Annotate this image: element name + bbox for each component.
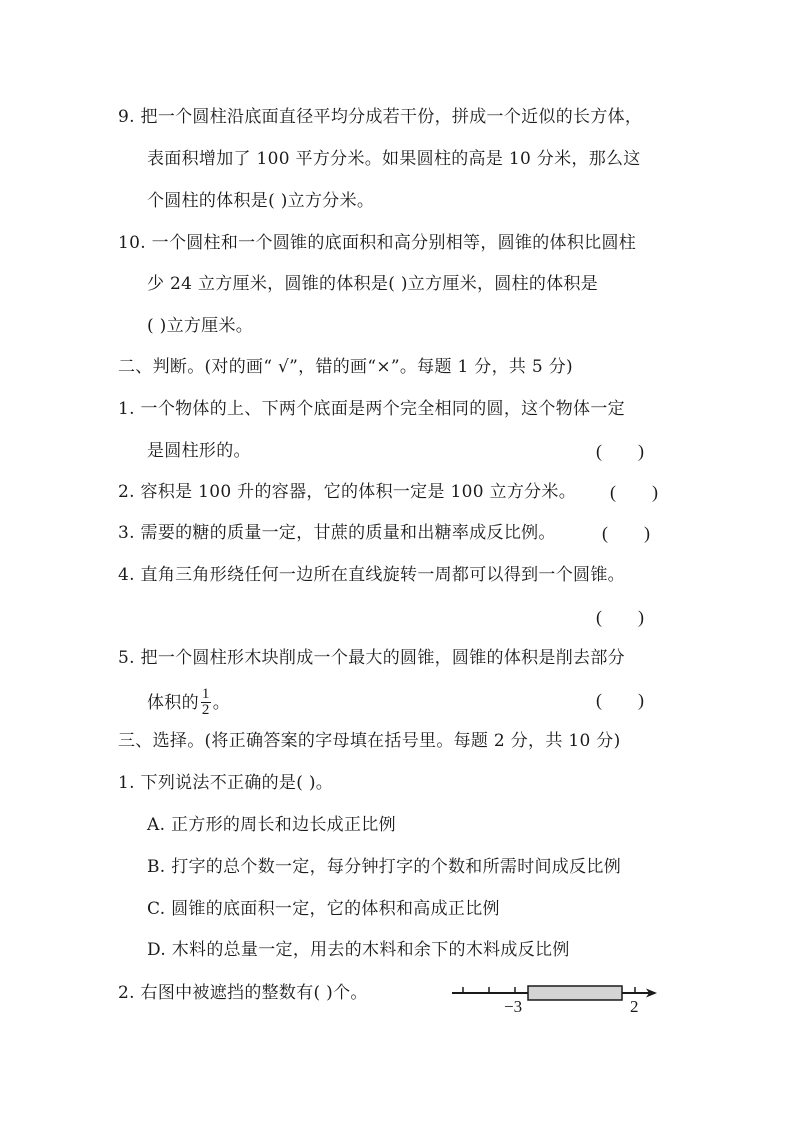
q10-line1: 10. 一个圆柱和一个圆锥的底面积和高分别相等，圆锥的体积比圆柱 — [118, 232, 636, 254]
choice-q1-option-c[interactable]: C. 圆锥的底面积一定，它的体积和高成正比例 — [147, 898, 500, 920]
choice-q1-stem: 1. 下列说法不正确的是( )。 — [118, 772, 333, 794]
judgment-item-5-line2: 体积的12。 — [147, 688, 230, 719]
fraction-one-half: 12 — [201, 687, 211, 718]
q9-line3: 个圆柱的体积是( )立方分米。 — [147, 190, 374, 212]
number-line-figure: −3 2 — [448, 978, 668, 1020]
choice-q1-option-d[interactable]: D. 木料的总量一定，用去的木料和余下的木料成反比例 — [147, 939, 570, 961]
choice-q2-stem: 2. 右图中被遮挡的整数有( )个。 — [118, 982, 368, 1004]
label-2: 2 — [630, 998, 639, 1016]
judgment-item-5-prefix: 体积的 — [147, 693, 199, 713]
judgment-item-4: 4. 直角三角形绕任何一边所在直线旋转一周都可以得到一个圆锥。 — [118, 564, 625, 586]
fraction-denominator: 2 — [201, 703, 211, 718]
mask-rectangle — [528, 986, 622, 1000]
q10-line2: 少 24 立方厘米，圆锥的体积是( )立方厘米，圆柱的体积是 — [147, 273, 598, 295]
judgment-item-1-line2: 是圆柱形的。 — [147, 440, 251, 462]
judgment-item-4-answer-blank[interactable]: ( ) — [596, 606, 644, 628]
judgment-item-5-line1: 5. 把一个圆柱形木块削成一个最大的圆锥，圆锥的体积是削去部分 — [118, 647, 625, 669]
fraction-numerator: 1 — [201, 687, 211, 703]
judgment-item-2: 2. 容积是 100 升的容器，它的体积一定是 100 立方分米。 — [118, 481, 576, 503]
judgment-item-5-suffix: 。 — [213, 693, 230, 713]
judgment-item-1-answer-blank[interactable]: ( ) — [596, 440, 644, 462]
q10-line3: ( )立方厘米。 — [147, 315, 253, 337]
choice-heading: 三、选择。(将正确答案的字母填在括号里。每题 2 分，共 10 分) — [118, 730, 621, 752]
q9-line1: 9. 把一个圆柱沿底面直径平均分成若干份，拼成一个近似的长方体， — [118, 106, 642, 128]
judgment-item-3-answer-blank[interactable]: ( ) — [602, 522, 650, 544]
judgment-item-3: 3. 需要的糖的质量一定，甘蔗的质量和出糖率成反比例。 — [118, 522, 556, 544]
choice-q1-option-b[interactable]: B. 打字的总个数一定，每分钟打字的个数和所需时间成反比例 — [147, 856, 621, 878]
judgment-item-1-line1: 1. 一个物体的上、下两个底面是两个完全相同的圆，这个物体一定 — [118, 398, 625, 420]
label-minus-3: −3 — [504, 998, 522, 1016]
q9-line2: 表面积增加了 100 平方分米。如果圆柱的高是 10 分米，那么这 — [147, 148, 641, 170]
choice-q1-option-a[interactable]: A. 正方形的周长和边长成正比例 — [147, 814, 396, 836]
judgment-item-2-answer-blank[interactable]: ( ) — [610, 481, 658, 503]
judgment-item-5-answer-blank[interactable]: ( ) — [596, 689, 644, 711]
judgment-heading: 二、判断。(对的画“ √”，错的画“×”。每题 1 分，共 5 分) — [118, 356, 573, 378]
